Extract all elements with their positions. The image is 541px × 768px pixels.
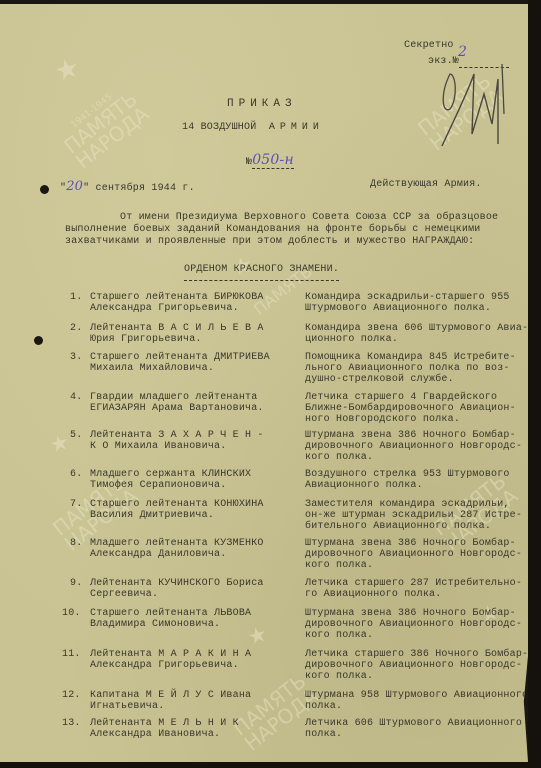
awardee-name-line: Тимофея Серапионовича. [90,480,226,491]
awardee-position-line: Летчика старшего 4 Гвардейского [305,392,497,403]
awardee-position-line: Авиационного полка. [305,480,423,491]
awardee-position-line: полка. [305,729,342,740]
awardee-name-line: Лейтенанта З А Х А Р Ч Е Н - [90,430,264,441]
awardee-position-line: Ближне-Бомбардировочного Авиацион- [305,403,516,414]
awardee-position-line: полка. [305,701,342,712]
awardee-name-line: Лейтенанта М Е Л Ь Н И К [90,718,239,729]
awardee-name-line: Капитана М Е Й Л У С Ивана [90,690,251,701]
awardee-position-line: дировочного Авиационного Новгородс- [305,619,522,630]
awardee-name-line: Лейтенанта КУЧИНСКОГО Бориса [90,578,264,589]
awardee-name-line: Старшего лейтенанта БИРЮКОВА [90,292,264,303]
awardee-number: 9. [70,578,82,589]
awardee-name-line: Лейтенанта М А Р А К И Н А [90,649,251,660]
awardee-position-line: душно-стрелковой службе. [305,374,454,385]
awardee-name-line: Старшего лейтенанта КОНЮХИНА [90,499,264,510]
awardee-number: 11. [62,649,81,660]
awardee-position-line: Штурмана звена 386 Ночного Бомбар- [305,538,516,549]
awardee-number: 12. [62,690,81,701]
awardee-name-line: Лейтенанта В А С И Л Ь Е В А [90,323,264,334]
awardee-position-line: дировочного Авиационного Новгородс- [305,549,522,560]
awardee-number: 1. [70,292,82,303]
awardee-name-line: К О Михаила Ивановича. [90,441,226,452]
watermark: ПАМЯТЬ НАРОДА [230,671,321,754]
awardee-position-line: кого полка. [305,671,373,682]
awardee-position-line: ционного полка. [305,334,398,345]
awardee-position-line: ного Новгородского полка. [305,414,460,425]
preamble-line: От имени Президиума Верховного Совета Со… [120,212,498,223]
order-number: №050-н [246,152,294,168]
scan-edge [528,0,541,768]
awardee-position-line: Штурмана звена 386 Ночного Бомбар- [305,608,516,619]
awardee-number: 5. [70,430,82,441]
awardee-number: 7. [70,499,82,510]
order-date: "20" сентября 1944 г. [60,179,195,194]
awardee-position-line: Штурмового Авиационного полка. [305,303,491,314]
awardee-position-line: кого полка. [305,630,373,641]
awardee-number: 13. [62,718,81,729]
awardee-name-line: Младшего сержанта КЛИНСКИХ [90,469,251,480]
awardee-position-line: льного Авиационного полка по воз- [305,363,510,374]
awardee-position-line: Заместителя командира эскадрильи, [305,499,510,510]
awardee-name-line: Гвардии младшего лейтенанта [90,392,257,403]
awardee-position-line: кого полка. [305,560,373,571]
awardee-number: 10. [62,608,81,619]
signature [432,54,522,149]
awardee-name-line: Старшего лейтенанта ЛЬВОВА [90,608,251,619]
awardee-name-line: Старшего лейтенанта ДМИТРИЕВА [90,352,270,363]
watermark: 1941-1945ПАМЯТЬ НАРОДА [55,81,152,172]
star-icon: ★ [46,422,73,462]
order-title: ПРИКАЗ [227,98,297,110]
awardee-number: 2. [70,323,82,334]
awardee-name-line: Михаила Михайловича. [90,363,214,374]
classification-label: Секретно [404,40,454,51]
scan-edge [0,762,541,768]
document-page: ★ 1941-1945ПАМЯТЬ НАРОДА ПАМЯТЬ НАРОДА ★… [0,4,528,762]
awardee-position-line: Помощника Командира 845 Истребите- [305,352,516,363]
awardee-position-line: Летчика старшего 386 Ночного Бомбар- [305,649,528,660]
awardee-name-line: Александра Ивановича. [90,729,220,740]
awardee-position-line: Командира звена 606 Штурмового Авиа- [305,323,528,334]
awardee-number: 6. [70,469,82,480]
preamble-line: выполнение боевых заданий Командования н… [65,224,480,235]
awardee-number: 8. [70,538,82,549]
awardee-name-line: Александра Григорьевича. [90,303,239,314]
preamble-line: захватчиками и проявленные при этом добл… [65,236,474,247]
awardee-position-line: Воздушного стрелка 953 Штурмового [305,469,510,480]
star-icon: ★ [49,42,83,93]
awardee-position-line: дировочного Авиационного Новгородс- [305,660,522,671]
order-subtitle: 14 ВОЗДУШНОЙ АРМИИ [182,122,324,133]
awardee-name-line: Сергеевича. [90,589,158,600]
awardee-name-line: ЕГИАЗАРЯН Арама Вартановича. [90,403,264,414]
awardee-position-line: Штурмана 958 Штурмового Авиационного [305,690,528,701]
punch-hole [40,185,49,194]
awardee-position-line: го Авиационного полка. [305,589,441,600]
awardee-position-line: он-же штурман эскадрильи 287 Истре- [305,510,522,521]
awardee-position-line: дировочного Авиационного Новгородс- [305,441,522,452]
awardee-name-line: Александра Даниловича. [90,549,226,560]
awardee-position-line: Штурмана звена 386 Ночного Бомбар- [305,430,516,441]
punch-hole [34,336,43,345]
awardee-name-line: Младшего лейтенанта КУЗМЕНКО [90,538,264,549]
awardee-position-line: бительного Авиационного полка. [305,521,491,532]
awardee-position-line: Летчика старшего 287 Истребительно- [305,578,522,589]
awardee-name-line: Александра Григорьевича. [90,660,239,671]
awardee-name-line: Василия Дмитриевича. [90,510,214,521]
awardee-position-line: Летчика 606 Штурмового Авиационного [305,718,522,729]
location: Действующая Армия. [370,179,482,190]
awardee-name-line: Игнатьевича. [90,701,164,712]
award-heading: ОРДЕНОМ КРАСНОГО ЗНАМЕНИ. [184,264,339,281]
awardee-name-line: Юрия Григорьевича. [90,334,202,345]
awardee-position-line: Командира эскадрильи-старшего 955 [305,292,510,303]
awardee-number: 4. [70,392,82,403]
awardee-number: 3. [70,352,82,363]
awardee-position-line: кого полка. [305,452,373,463]
awardee-name-line: Владимира Симоновича. [90,619,220,630]
